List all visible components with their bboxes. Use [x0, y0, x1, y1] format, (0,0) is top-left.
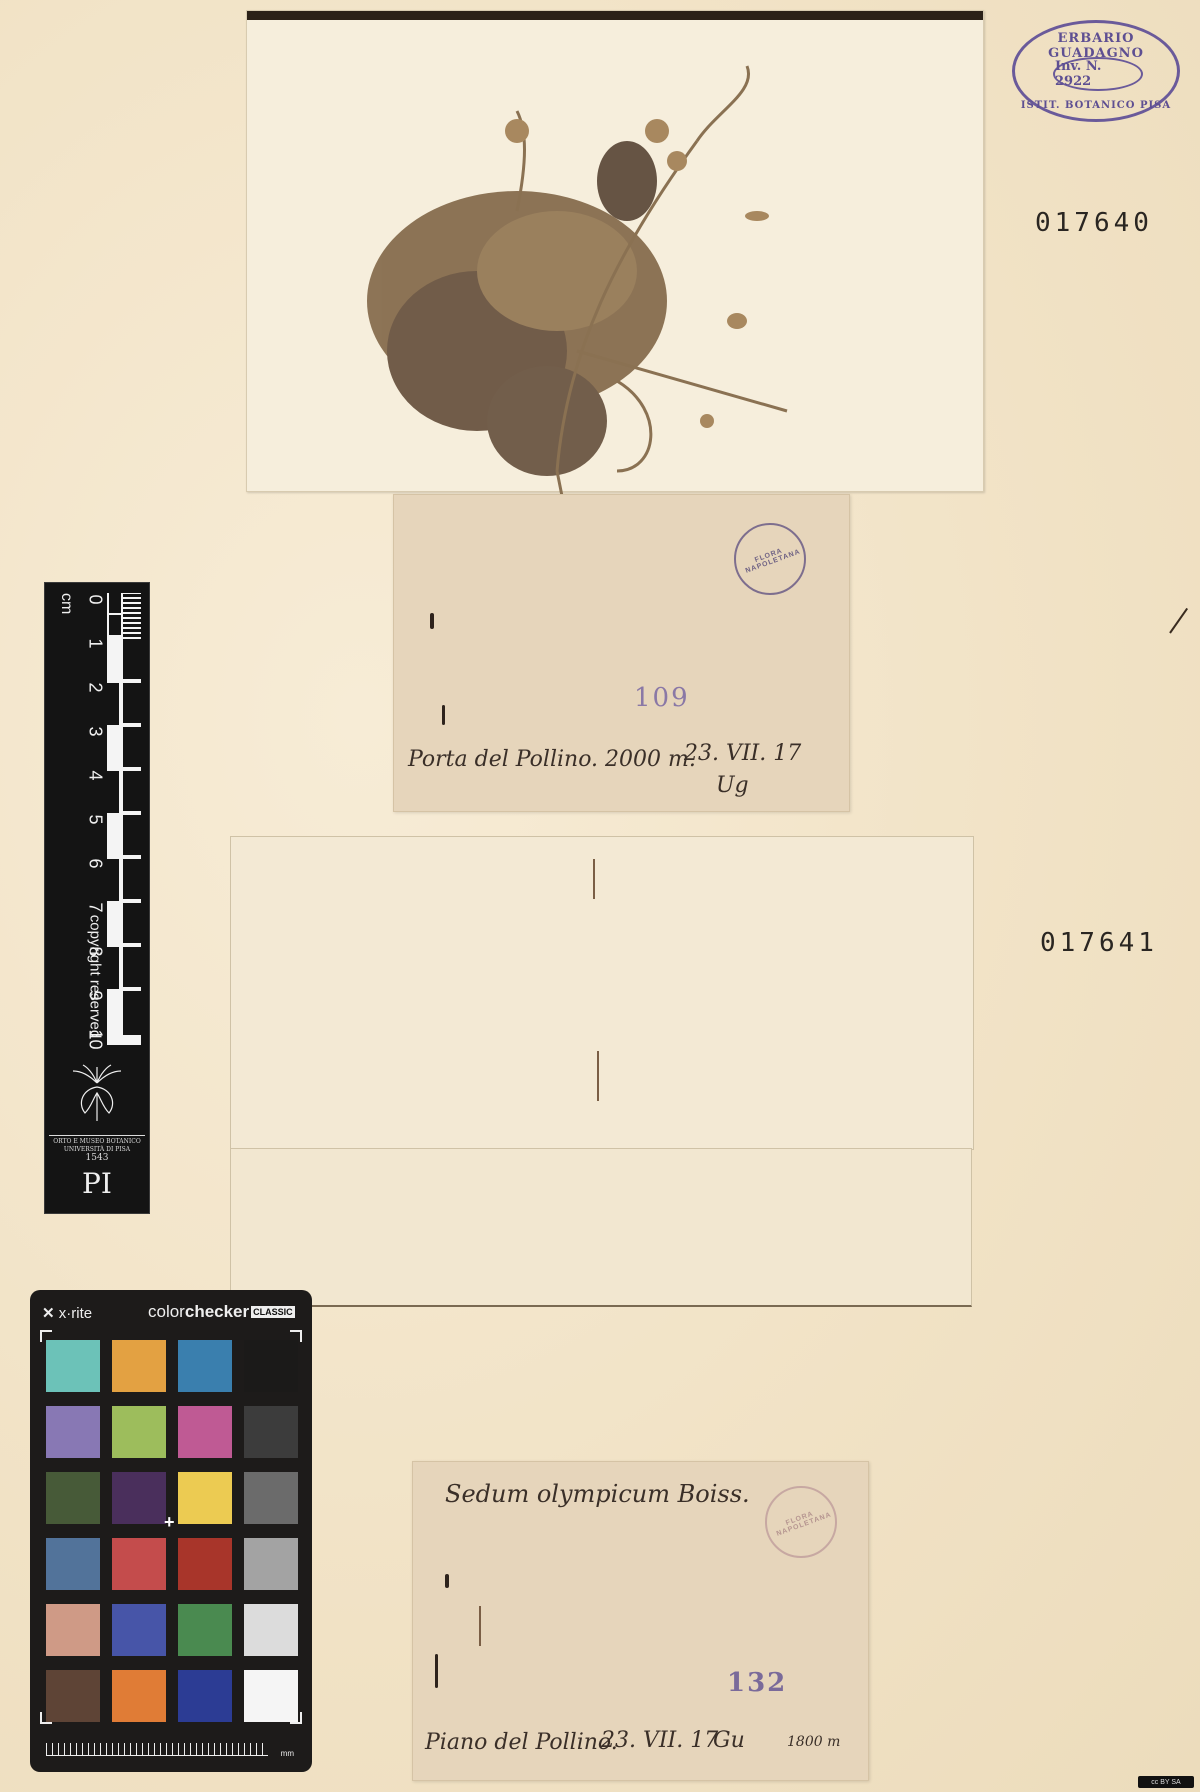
specimen-number-lower: 017641: [1040, 928, 1158, 958]
pin-mark: [593, 859, 595, 899]
collector-initials: Ug: [716, 773, 749, 798]
color-patch: [46, 1406, 100, 1458]
color-patch: [46, 1538, 100, 1590]
color-patch: [46, 1340, 100, 1392]
empty-envelope-body: [230, 1148, 972, 1307]
locality-text: Porta del Pollino. 2000 m.: [408, 747, 696, 772]
ruler-tick-label: 4: [85, 766, 106, 786]
color-patch: [178, 1604, 232, 1656]
color-patch: [46, 1472, 100, 1524]
label-stamp-number: 109: [634, 683, 690, 713]
pin-icon: [442, 705, 445, 725]
stamp-bottom-text: ISTIT. BOTANICO PISA: [1015, 100, 1177, 111]
color-patch: [112, 1670, 166, 1722]
color-patch: [178, 1340, 232, 1392]
specimen-envelope: [246, 10, 984, 492]
pin-mark: [597, 1051, 599, 1101]
checker-title: colorcheckerCLASSIC: [148, 1302, 295, 1322]
color-patch: [46, 1670, 100, 1722]
color-patch: [112, 1604, 166, 1656]
ruler-scale-bar: [107, 593, 141, 1045]
color-patch: [244, 1538, 298, 1590]
ruler-unit: cm: [57, 593, 75, 614]
altitude-text: 1800 m: [787, 1734, 840, 1750]
collection-date: 23. VII. 17: [684, 741, 801, 766]
collection-date: 23. VII. 17: [601, 1728, 718, 1753]
color-patch: [112, 1406, 166, 1458]
color-patch: [244, 1604, 298, 1656]
locality-text: Piano del Pollino.: [425, 1730, 618, 1755]
pin-mark: [479, 1606, 481, 1646]
taxon-name: Sedum olympicum Boiss.: [445, 1480, 750, 1508]
fritillaria-logo-icon: [63, 1063, 131, 1123]
ruler-institution: ORTO E MUSEO BOTANICO UNIVERSITÀ DI PISA…: [49, 1135, 145, 1162]
ruler-tick-label: 1: [85, 634, 106, 654]
ruler-tick-label: 2: [85, 678, 106, 698]
ruler-tick-label: 5: [85, 810, 106, 830]
color-patch: [244, 1406, 298, 1458]
mm-scale: [46, 1743, 268, 1756]
color-patch: [244, 1670, 298, 1722]
collection-label-lower: Sedum olympicum Boiss. FLORA NAPOLETANA …: [412, 1461, 869, 1781]
ruler-tick-label: 6: [85, 854, 106, 874]
pin-icon: [430, 613, 434, 629]
color-patch: [46, 1604, 100, 1656]
color-patch: [178, 1406, 232, 1458]
ruler-copyright: copyright reserved: [87, 887, 104, 1067]
ruler-tick-label: 0: [85, 590, 106, 610]
pin-icon: [435, 1654, 438, 1688]
collection-label-upper: FLORA NAPOLETANA 109 Porta del Pollino. …: [393, 494, 850, 812]
ruler-tick-label: 3: [85, 722, 106, 742]
flora-stamp-icon: FLORA NAPOLETANA: [734, 523, 806, 595]
color-patch: [178, 1538, 232, 1590]
color-patch: [112, 1472, 166, 1524]
color-patch: [112, 1538, 166, 1590]
flora-stamp-icon: FLORA NAPOLETANA: [765, 1486, 837, 1558]
empty-envelope-flap: [230, 836, 974, 1150]
color-patch: [178, 1670, 232, 1722]
color-patch: [112, 1340, 166, 1392]
label-stamp-number: 132: [727, 1668, 787, 1698]
herbarium-code: PI: [45, 1167, 149, 1200]
license-badge: cc BY SA: [1138, 1776, 1194, 1788]
color-patch: [178, 1472, 232, 1524]
plant-specimen: [317, 51, 817, 511]
scale-ruler: cm 0 1 2 3 4 5 6 7 8 9 10 copyright rese…: [44, 582, 150, 1214]
mm-label: mm: [281, 1749, 294, 1758]
xrite-logo: ✕ x·rite: [42, 1304, 92, 1322]
color-checker-card: ✕ x·rite colorcheckerCLASSIC + mm: [30, 1290, 312, 1772]
stamp-inventory-number: Inv. N. 2922: [1053, 57, 1143, 91]
color-patch: [244, 1340, 298, 1392]
color-patch: [244, 1472, 298, 1524]
envelope-top-edge: [247, 11, 983, 20]
edge-mark: [1169, 608, 1188, 634]
crosshair-icon: +: [164, 1512, 175, 1533]
herbarium-stamp: ERBARIO GUADAGNO Inv. N. 2922 ISTIT. BOT…: [1012, 20, 1180, 122]
pin-icon: [445, 1574, 449, 1588]
collector-initials: Gu: [713, 1728, 745, 1753]
specimen-number-upper: 017640: [1035, 208, 1153, 238]
